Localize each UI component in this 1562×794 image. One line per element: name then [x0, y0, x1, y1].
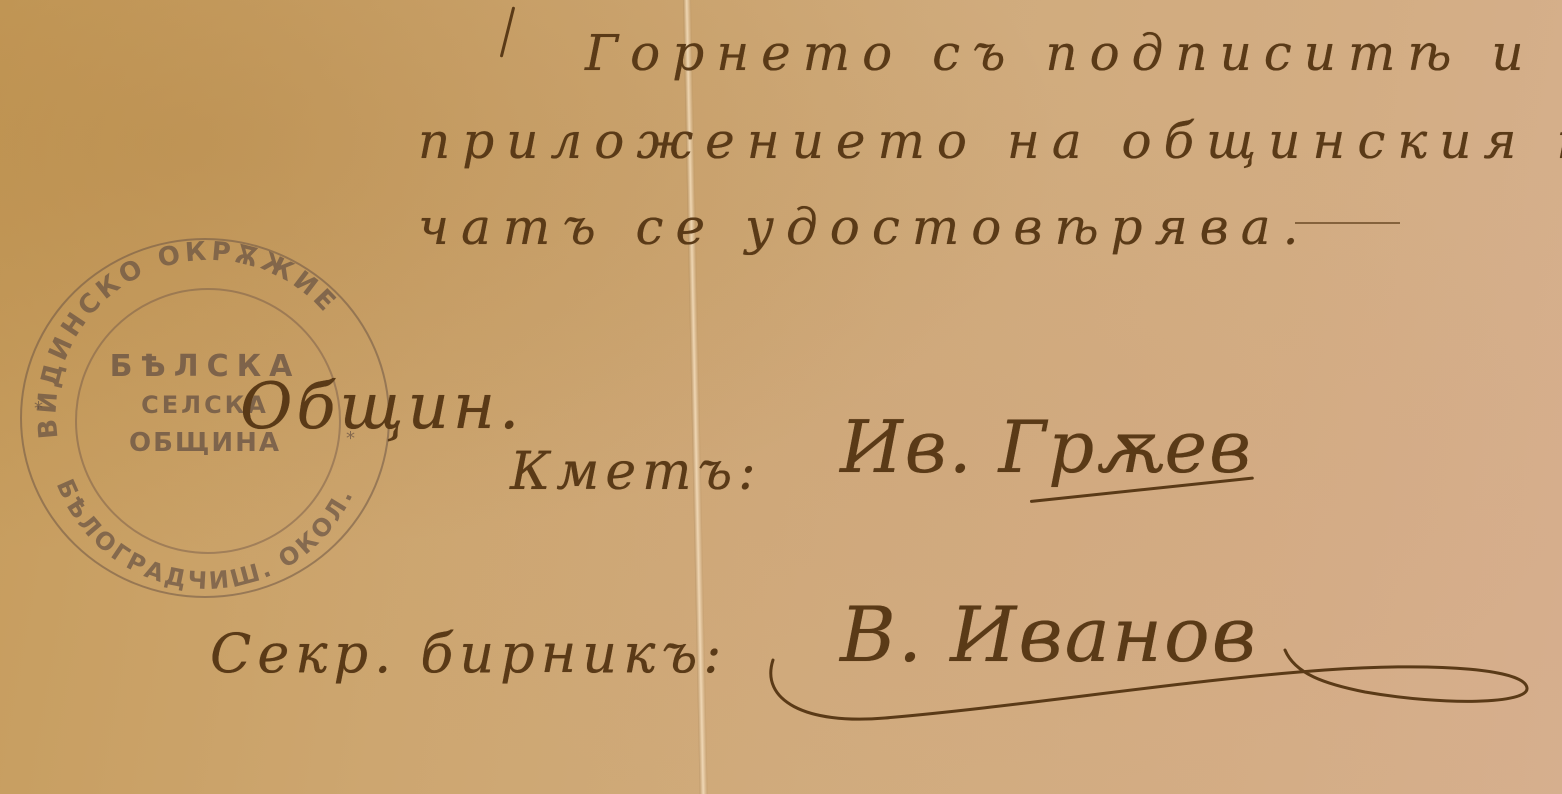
seal-bottom-text: БѢЛОГРАДЧИШ. ОКОЛ.	[51, 475, 360, 595]
mayor-signature: Ив. Грѫев	[840, 405, 1253, 489]
body-line-3: чатъ се удостовѣрява.	[418, 198, 1310, 256]
body-line-1: Горнето съ подписитѣ и	[585, 24, 1536, 82]
svg-text:БѢЛОГРАДЧИШ. ОКОЛ.: БѢЛОГРАДЧИШ. ОКОЛ.	[51, 475, 360, 595]
margin-pen-mark	[500, 6, 515, 57]
mayor-label: Кметъ:	[510, 442, 762, 502]
secretary-label: Секр. бирникъ:	[210, 622, 728, 685]
body-line-2: приложението на общинския пе-	[418, 112, 1562, 170]
seal-star-icon: *	[34, 398, 43, 419]
secretary-signature-flourish	[765, 640, 1535, 730]
document-page: Горнето съ подписитѣ и приложението на о…	[0, 0, 1562, 794]
closing-dash-rule	[1295, 222, 1400, 224]
community-label: Общин.	[240, 370, 523, 444]
